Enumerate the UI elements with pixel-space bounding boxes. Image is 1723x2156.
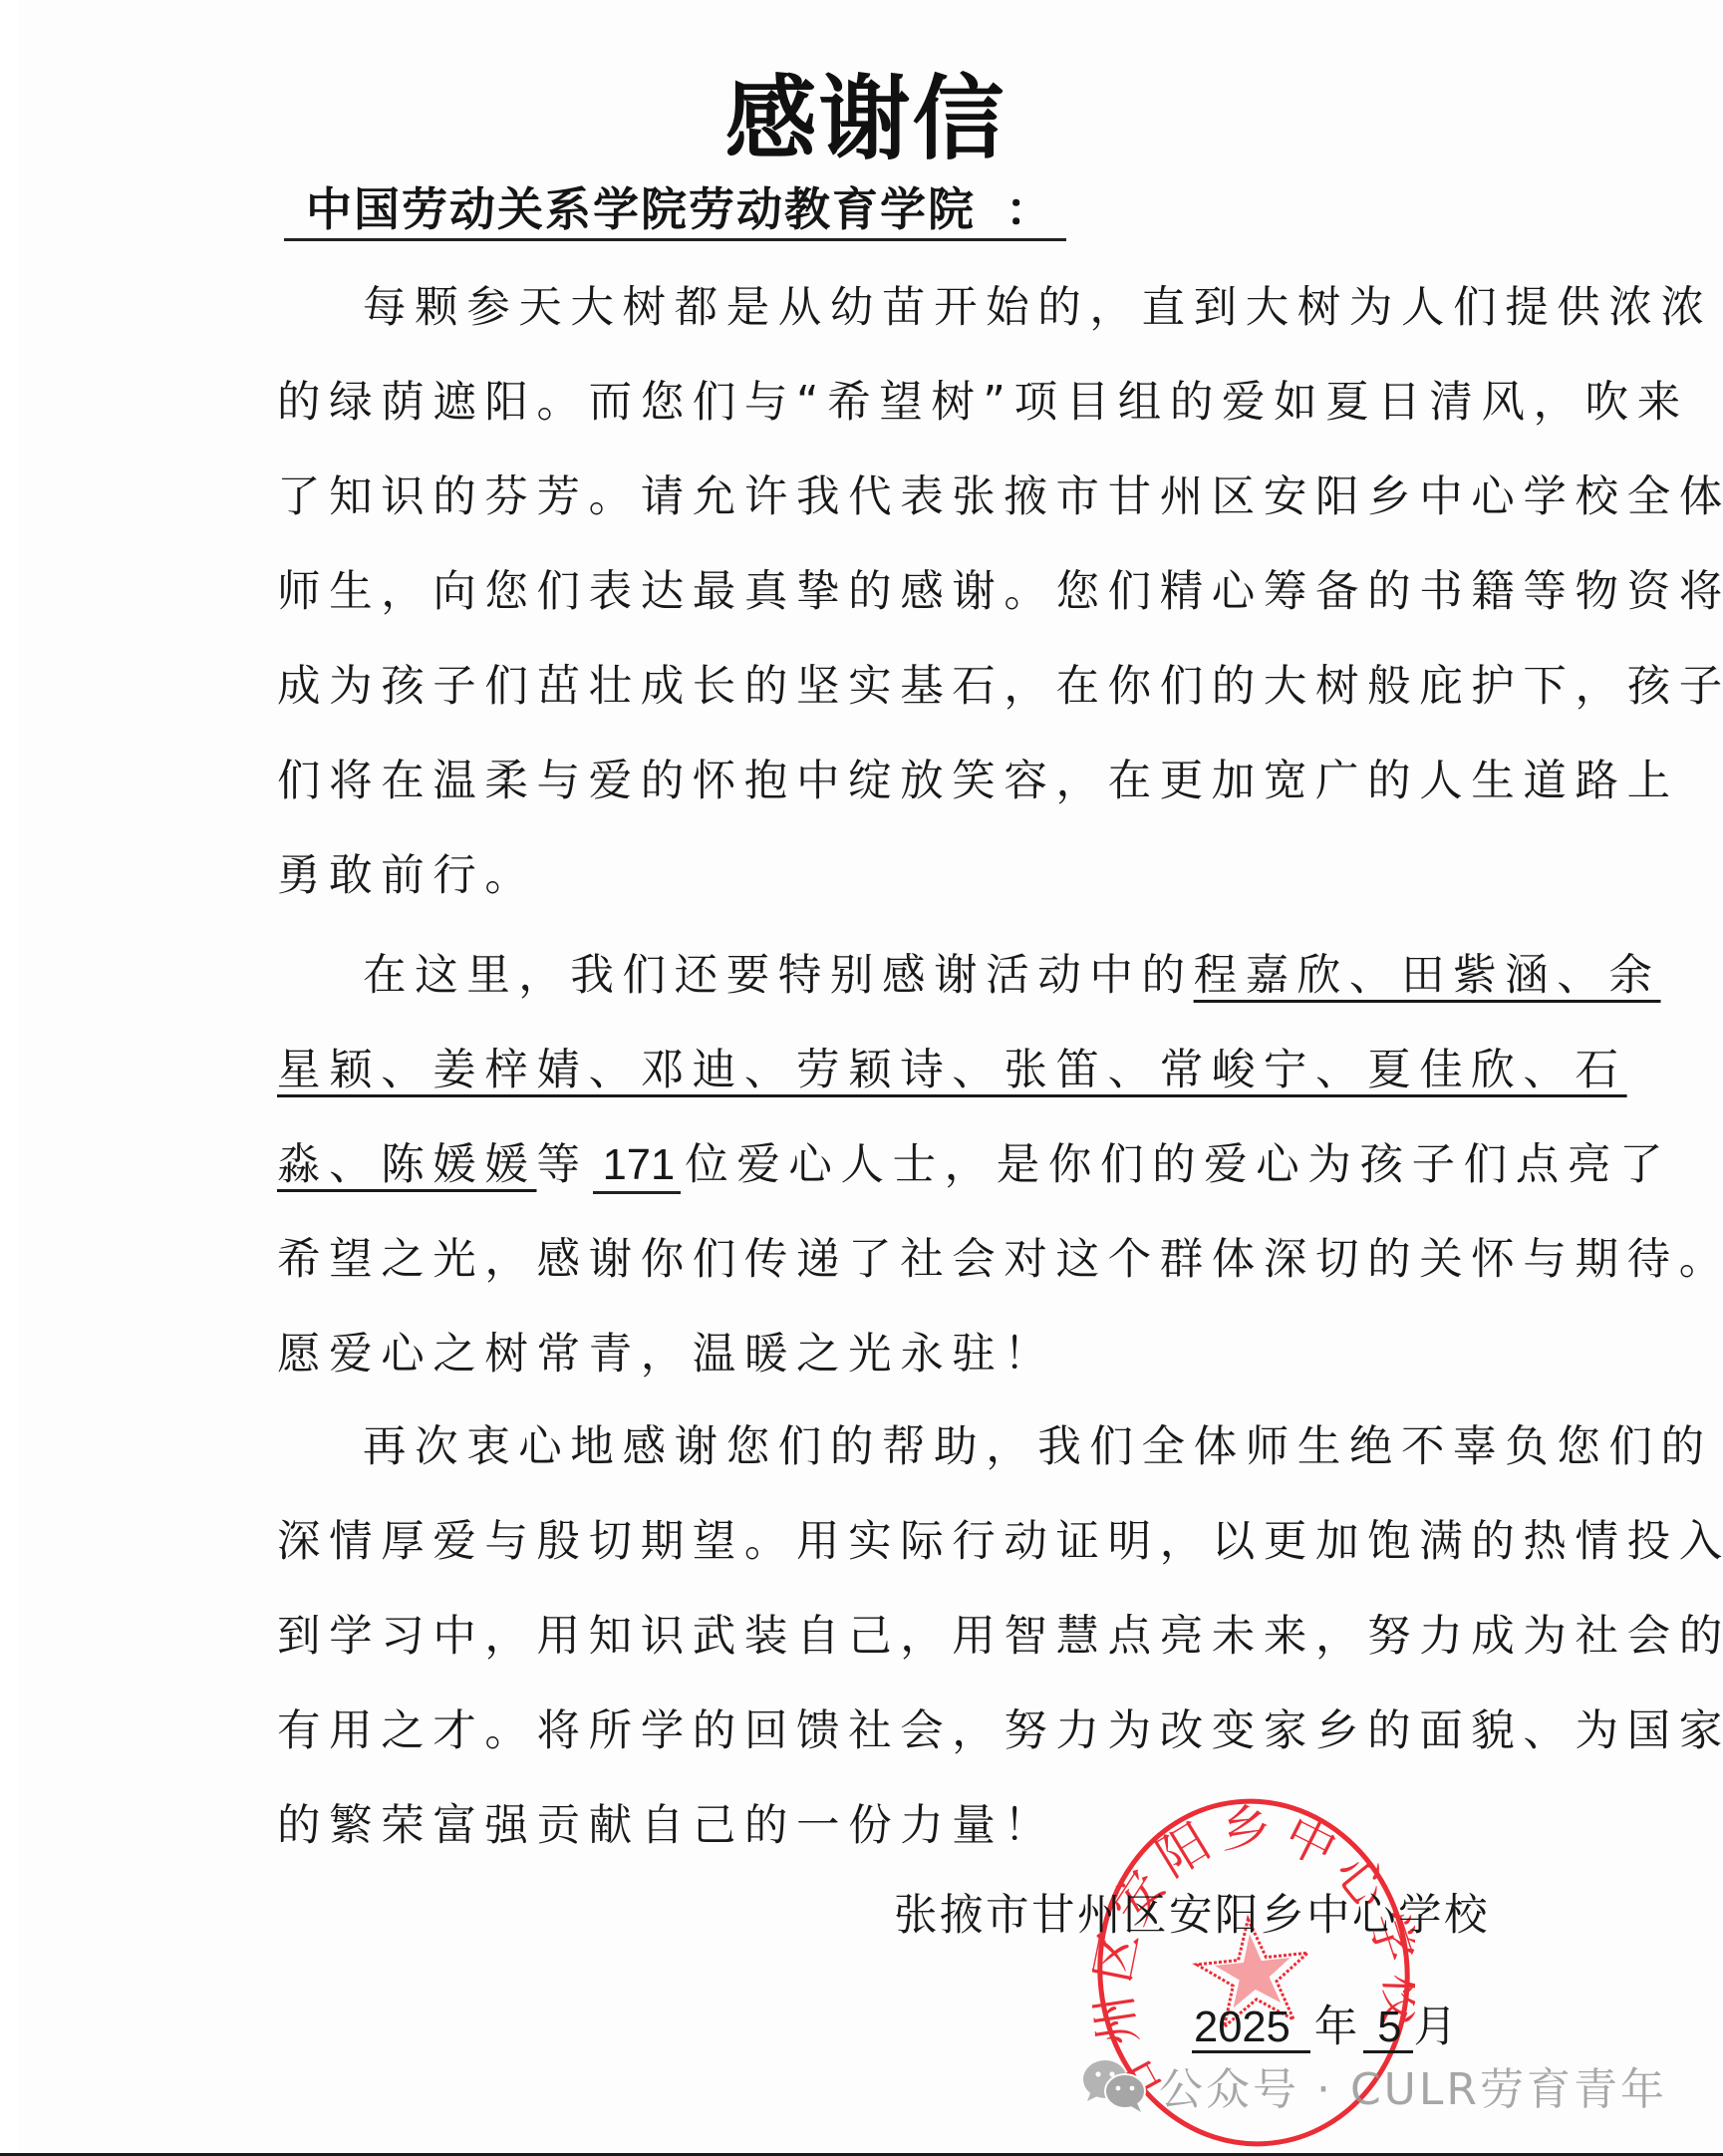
volunteer-count: 171 [593, 1139, 682, 1194]
text-fragment: 等 [537, 1140, 589, 1190]
signature-school-name: 张掖市甘州区安阳乡中心学校 [894, 1886, 1490, 1946]
watermark-text: 公众号 · CULR劳育青年 [1159, 2053, 1667, 2117]
text-line: 到学习中，用知识武装自己，用智慧点亮未来，努力成为社会的 [277, 1590, 1437, 1685]
date-year-unit: 年 [1314, 2002, 1358, 2052]
paragraph-2: 在这里，我们还要特别感谢活动中的程嘉欣、田紫涵、余 星颖、姜梓婧、邓迪、劳颖诗、… [277, 929, 1437, 1402]
wechat-watermark: 公众号 · CULR劳育青年 [1081, 2055, 1667, 2115]
text-line: 了知识的芬芳。请允许我代表张掖市甘州区安阳乡中心学校全体 [277, 451, 1437, 545]
text-line: 在这里，我们还要特别感谢活动中的程嘉欣、田紫涵、余 [277, 929, 1437, 1024]
text-line: 愿爱心之树常青，温暖之光永驻！ [277, 1308, 1437, 1402]
text-line: 有用之才。将所学的回馈社会，努力为改变家乡的面貌、为国家 [277, 1685, 1437, 1779]
salutation: 中国劳动关系学院劳动教育学院： [284, 177, 1066, 241]
date-month-unit: 月 [1413, 2002, 1457, 2052]
paragraph-1: 每颗参天大树都是从幼苗开始的，直到大树为人们提供浓浓 的绿荫遮阳。而您们与“希望… [277, 261, 1437, 924]
text-line: 勇敢前行。 [277, 829, 1437, 924]
text-line: 每颗参天大树都是从幼苗开始的，直到大树为人们提供浓浓 [277, 261, 1437, 356]
text-line: 成为孩子们茁壮成长的坚实基石，在你们的大树般庇护下，孩子 [277, 640, 1437, 735]
text-line: 师生，向您们表达最真挚的感谢。您们精心筹备的书籍等物资将 [277, 545, 1437, 640]
text-line: 深情厚爱与殷切期望。用实际行动证明，以更加饱满的热情投入 [277, 1495, 1437, 1590]
volunteer-names: 淼、陈媛媛 [277, 1140, 537, 1190]
volunteer-names: 星颖、姜梓婧、邓迪、劳颖诗、张笛、常峻宁、夏佳欣、石 [277, 1046, 1627, 1095]
volunteer-names: 程嘉欣、田紫涵、余 [1194, 951, 1661, 1001]
text-line: 希望之光，感谢你们传递了社会对这个群体深切的关怀与期待。 [277, 1213, 1437, 1308]
text-line: 再次衷心地感谢您们的帮助，我们全体师生绝不辜负您们的 [277, 1400, 1437, 1495]
text-line: 们将在温柔与爱的怀抱中绽放笑容，在更加宽广的人生道路上 [277, 735, 1437, 829]
salutation-colon: ： [1005, 182, 1053, 236]
text-line: 星颖、姜梓婧、邓迪、劳颖诗、张笛、常峻宁、夏佳欣、石 [277, 1024, 1437, 1118]
page-title: 感谢信 [0, 64, 1723, 173]
thanks-prefix: 在这里，我们还要特别感谢活动中的 [363, 951, 1194, 1001]
text-fragment: 位爱心人士，是你们的爱心为孩子们点亮了 [685, 1140, 1671, 1190]
wechat-icon [1081, 2057, 1147, 2113]
date-year: 2025 [1192, 2004, 1310, 2053]
date-month: 5 [1363, 2004, 1413, 2053]
letter-date: 2025年5月 [1192, 2000, 1457, 2055]
text-line: 的绿荫遮阳。而您们与“希望树”项目组的爱如夏日清风，吹来 [277, 356, 1437, 451]
salutation-text: 中国劳动关系学院劳动教育学院 [306, 182, 976, 236]
text-line: 淼、陈媛媛等171位爱心人士，是你们的爱心为孩子们点亮了 [277, 1118, 1437, 1213]
